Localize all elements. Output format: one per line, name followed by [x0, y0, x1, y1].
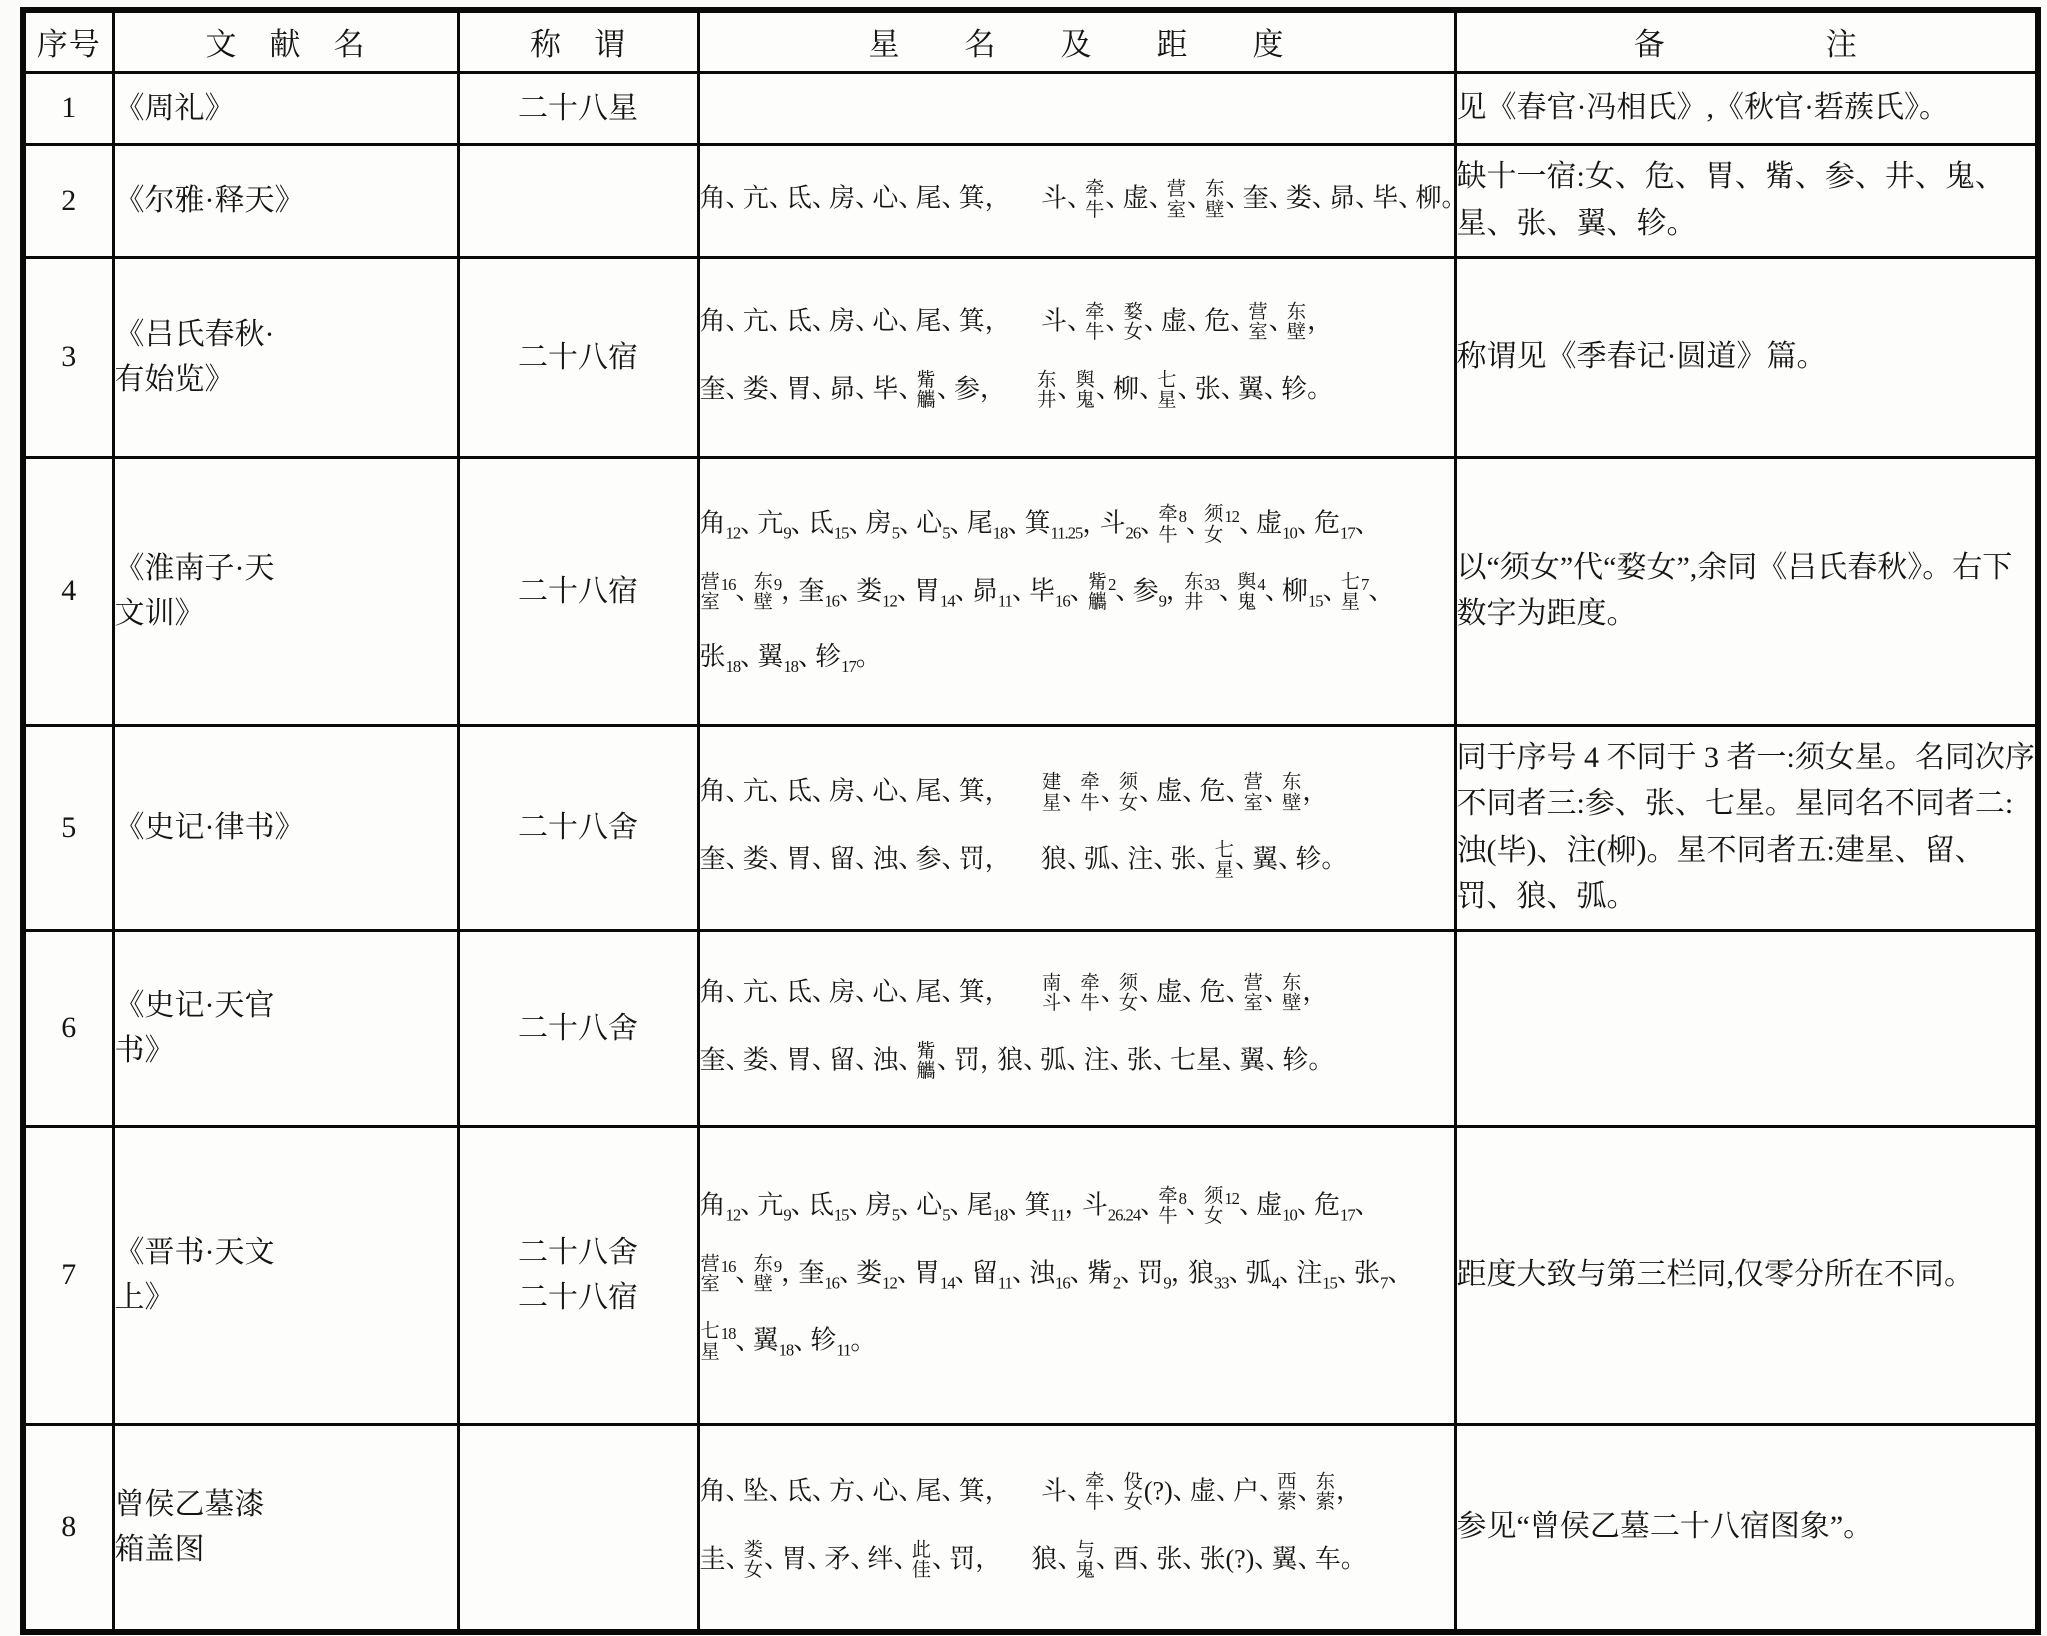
serial-number-cell: 1: [23, 72, 113, 144]
stacked-star-name: 七星: [1157, 371, 1176, 412]
distance-number: 18: [726, 657, 741, 676]
serial-number-cell: 7: [23, 1126, 113, 1424]
distance-number: 5: [942, 1205, 949, 1224]
star-line: 七星18、翼18、轸11。: [700, 1322, 1454, 1363]
distance-number: 16: [721, 1257, 736, 1276]
distance-number: 12: [726, 524, 741, 543]
distance-number: 11: [998, 591, 1012, 610]
title-cell: 二十八舍: [458, 930, 698, 1126]
star-lines: 角、坠、氐、方、心、尾、箕， 斗、牵牛、伇女(?)、虚、户、西萦、东萦，圭、娄女…: [700, 1473, 1454, 1582]
star-lines: 角、亢、氐、房、心、尾、箕， 建星、牵牛、须女、虚、危、营室、东壁，奎、娄、胃、…: [700, 773, 1454, 882]
distance-number: 16: [1055, 591, 1070, 610]
source-name-cell: 《史记·天官 书》: [113, 930, 458, 1126]
stacked-star-name: 西萦: [1277, 1473, 1296, 1514]
star-lines: 角12、亢9、氐15、房5、心5、尾18、箕11，斗26.24、牵牛8、须女12…: [700, 1187, 1454, 1363]
distance-number: 12: [726, 1205, 741, 1224]
stacked-star-name: 营室: [701, 573, 720, 614]
stacked-star-name: 南斗: [1042, 974, 1061, 1015]
star-line: 角、亢、氐、房、心、尾、箕， 斗、牵牛、婺女、虚、危、营室、东壁，: [700, 303, 1454, 344]
title-cell: 二十八宿: [458, 457, 698, 725]
distance-number: 18: [993, 524, 1008, 543]
star-names-cell: 角、坠、氐、方、心、尾、箕， 斗、牵牛、伇女(?)、虚、户、西萦、东萦，圭、娄女…: [698, 1424, 1455, 1632]
stacked-star-name: 牵牛: [1085, 1473, 1104, 1514]
stacked-star-name: 牵牛: [1085, 303, 1104, 344]
distance-number: 18: [783, 657, 798, 676]
header-serial: 序号: [23, 10, 113, 72]
distance-number: 12: [882, 1273, 897, 1292]
stacked-star-name: 与鬼: [1076, 1541, 1095, 1582]
star-names-cell: 角12、亢9、氐15、房5、心5、尾18、箕11.25，斗26、牵牛8、须女12…: [698, 457, 1455, 725]
distance-number: 26.24: [1108, 1205, 1140, 1224]
distance-number: 9: [783, 524, 790, 543]
stacked-star-name: 建星: [1042, 773, 1061, 814]
distance-number: 16: [721, 575, 736, 594]
distance-number: 15: [1322, 1273, 1337, 1292]
stacked-star-name: 须女: [1204, 505, 1223, 546]
header-title: 称 谓: [458, 10, 698, 72]
note-cell: 缺十一宿:女、危、胃、觜、参、井、鬼、星、张、翼、轸。: [1455, 144, 2038, 257]
distance-number: 11: [998, 1273, 1012, 1292]
distance-number: 9: [783, 1205, 790, 1224]
table-row: 8曾侯乙墓漆 箱盖图角、坠、氐、方、心、尾、箕， 斗、牵牛、伇女(?)、虚、户、…: [23, 1424, 2038, 1632]
distance-number: 12: [1224, 507, 1239, 526]
star-line: 奎、娄、胃、昴、毕、觜觿、参， 东井、舆鬼、柳、七星、张、翼、轸。: [700, 371, 1454, 412]
header-notes: 备 注: [1455, 10, 2038, 72]
table-row: 7《晋书·天文 上》二十八舍 二十八宿角12、亢9、氐15、房5、心5、尾18、…: [23, 1126, 2038, 1424]
distance-number: 14: [940, 1273, 955, 1292]
star-names-cell: 角、亢、氐、房、心、尾、箕， 斗、牵牛、婺女、虚、危、营室、东壁，奎、娄、胃、昴…: [698, 257, 1455, 457]
distance-number: 9: [1163, 1273, 1170, 1292]
stacked-star-name: 营室: [1167, 180, 1186, 221]
note-cell: 参见“曾侯乙墓二十八宿图象”。: [1455, 1424, 2038, 1632]
star-names-cell: 角、亢、氐、房、心、尾、箕， 斗、牵牛、虚、营室、东壁、奎、娄、昴、毕、柳。: [698, 144, 1455, 257]
distance-number: 18: [779, 1341, 794, 1360]
note-cell: 以“须女”代“婺女”,余同《吕氏春秋》。右下数字为距度。: [1455, 457, 2038, 725]
star-names-cell: 角、亢、氐、房、心、尾、箕， 建星、牵牛、须女、虚、危、营室、东壁，奎、娄、胃、…: [698, 725, 1455, 930]
title-cell: 二十八宿: [458, 257, 698, 457]
serial-number-cell: 3: [23, 257, 113, 457]
stacked-star-name: 伇女: [1124, 1473, 1143, 1514]
source-name-cell: 曾侯乙墓漆 箱盖图: [113, 1424, 458, 1632]
star-line: 角、亢、氐、房、心、尾、箕， 建星、牵牛、须女、虚、危、营室、东壁，: [700, 773, 1454, 814]
title-cell: 二十八舍 二十八宿: [458, 1126, 698, 1424]
distance-number: 26: [1126, 524, 1141, 543]
distance-number: 8: [1179, 1189, 1186, 1208]
stacked-star-name: 觜觿: [917, 371, 936, 412]
stacked-star-name: 牵牛: [1080, 773, 1099, 814]
note-cell: 见《春官·冯相氏》,《秋官·硩蔟氏》。: [1455, 72, 2038, 144]
star-lines: 角、亢、氐、房、心、尾、箕， 南斗、牵牛、须女、虚、危、营室、东壁，奎、娄、胃、…: [700, 974, 1454, 1083]
stacked-star-name: 营室: [1244, 974, 1263, 1015]
table-row: 3《吕氏春秋· 有始览》二十八宿角、亢、氐、房、心、尾、箕， 斗、牵牛、婺女、虚…: [23, 257, 2038, 457]
table-row: 2《尔雅·释天》角、亢、氐、房、心、尾、箕， 斗、牵牛、虚、营室、东壁、奎、娄、…: [23, 144, 2038, 257]
table-row: 5《史记·律书》二十八舍角、亢、氐、房、心、尾、箕， 建星、牵牛、须女、虚、危、…: [23, 725, 2038, 930]
stacked-star-name: 营室: [701, 1255, 720, 1296]
star-line: 圭、娄女、胃、矛、绊、此佳、罚， 狼、与鬼、酉、张、张(?)、翼、车。: [700, 1541, 1454, 1582]
distance-number: 9: [1159, 591, 1166, 610]
distance-number: 15: [1308, 591, 1323, 610]
distance-number: 5: [942, 524, 949, 543]
stacked-star-name: 牵牛: [1085, 180, 1104, 221]
stacked-star-name: 东壁: [754, 1255, 773, 1296]
note-cell: 同于序号 4 不同于 3 者一:须女星。名同次序不同者三:参、张、七星。星同名不…: [1455, 725, 2038, 930]
star-lines: 角12、亢9、氐15、房5、心5、尾18、箕11.25，斗26、牵牛8、须女12…: [700, 505, 1454, 676]
stacked-star-name: 娄女: [744, 1541, 763, 1582]
note-cell: 距度大致与第三栏同,仅零分所在不同。: [1455, 1126, 2038, 1424]
stacked-star-name: 牵牛: [1080, 974, 1099, 1015]
stacked-star-name: 七星: [701, 1322, 720, 1363]
star-line: 角12、亢9、氐15、房5、心5、尾18、箕11，斗26.24、牵牛8、须女12…: [700, 1187, 1454, 1228]
star-line: 营室16、东壁9，奎16、娄12、胃14、昴11、毕16、觜觿2、参9，东井33…: [700, 573, 1454, 614]
stacked-star-name: 此佳: [912, 1541, 931, 1582]
stacked-star-name: 婺女: [1124, 303, 1143, 344]
source-name-cell: 《晋书·天文 上》: [113, 1126, 458, 1424]
serial-number-cell: 8: [23, 1424, 113, 1632]
table-row: 6《史记·天官 书》二十八舍角、亢、氐、房、心、尾、箕， 南斗、牵牛、须女、虚、…: [23, 930, 2038, 1126]
stacked-star-name: 七星: [1341, 573, 1360, 614]
stacked-star-name: 牵牛: [1158, 1187, 1177, 1228]
stacked-star-name: 东壁: [1282, 773, 1301, 814]
source-name-cell: 《周礼》: [113, 72, 458, 144]
distance-number: 14: [940, 591, 955, 610]
note-cell: [1455, 930, 2038, 1126]
source-name-cell: 《尔雅·释天》: [113, 144, 458, 257]
stacked-star-name: 东壁: [1282, 974, 1301, 1015]
distance-number: 10: [1282, 1205, 1297, 1224]
distance-number: 12: [882, 591, 897, 610]
note-cell: 称谓见《季春记·圆道》篇。: [1455, 257, 2038, 457]
star-line: 奎、娄、胃、留、浊、参、罚， 狼、弧、注、张、七星、翼、轸。: [700, 841, 1454, 882]
title-cell: 二十八星: [458, 72, 698, 144]
stacked-star-name: 东萦: [1316, 1473, 1335, 1514]
stacked-star-name: 须女: [1119, 773, 1138, 814]
header-row: 序号 文 献 名 称 谓 星 名 及 距 度 备 注: [23, 10, 2038, 72]
serial-number-cell: 5: [23, 725, 113, 930]
scanned-page: 序号 文 献 名 称 谓 星 名 及 距 度 备 注 1《周礼》二十八星见《春官…: [0, 0, 2047, 1636]
distance-number: 11.25: [1051, 524, 1083, 543]
distance-number: 33: [1214, 1273, 1229, 1292]
star-line: 营室16、东壁9，奎16、娄12、胃14、留11、浊16、觜2、罚9，狼33、弧…: [700, 1255, 1454, 1296]
star-line: 奎、娄、胃、留、浊、觜觿、罚，狼、弧、注、张、七星、翼、轸。: [700, 1042, 1454, 1083]
table-row: 1《周礼》二十八星见《春官·冯相氏》,《秋官·硩蔟氏》。: [23, 72, 2038, 144]
star-names-cell: [698, 72, 1455, 144]
stacked-star-name: 觜觿: [1088, 573, 1107, 614]
distance-number: 18: [993, 1205, 1008, 1224]
table-header: 序号 文 献 名 称 谓 星 名 及 距 度 备 注: [23, 10, 2038, 72]
distance-number: 17: [841, 657, 856, 676]
stacked-star-name: 东壁: [1205, 180, 1224, 221]
star-line: 角、亢、氐、房、心、尾、箕， 斗、牵牛、虚、营室、东壁、奎、娄、昴、毕、柳。: [700, 180, 1454, 221]
distance-number: 11: [1051, 1205, 1065, 1224]
distance-number: 4: [1272, 1273, 1279, 1292]
distance-number: 18: [721, 1325, 736, 1344]
distance-number: 10: [1282, 524, 1297, 543]
table-row: 4《淮南子·天 文训》二十八宿角12、亢9、氐15、房5、心5、尾18、箕11.…: [23, 457, 2038, 725]
distance-number: 33: [1204, 575, 1219, 594]
star-line: 张18、翼18、轸17。: [700, 641, 1454, 677]
stacked-star-name: 东井: [1037, 371, 1056, 412]
distance-number: 16: [1055, 1273, 1070, 1292]
title-cell: [458, 1424, 698, 1632]
header-star-names: 星 名 及 距 度: [698, 10, 1455, 72]
table-body: 1《周礼》二十八星见《春官·冯相氏》,《秋官·硩蔟氏》。2《尔雅·释天》角、亢、…: [23, 72, 2038, 1632]
source-name-cell: 《淮南子·天 文训》: [113, 457, 458, 725]
distance-number: 4: [1257, 575, 1264, 594]
star-line: 角12、亢9、氐15、房5、心5、尾18、箕11.25，斗26、牵牛8、须女12…: [700, 505, 1454, 546]
distance-number: 15: [834, 1205, 849, 1224]
serial-number-cell: 6: [23, 930, 113, 1126]
source-name-cell: 《史记·律书》: [113, 725, 458, 930]
distance-number: 5: [892, 1205, 899, 1224]
serial-number-cell: 4: [23, 457, 113, 725]
stacked-star-name: 须女: [1119, 974, 1138, 1015]
distance-number: 8: [1179, 507, 1186, 526]
stacked-star-name: 东壁: [1287, 303, 1306, 344]
stacked-star-name: 东壁: [754, 573, 773, 614]
star-names-cell: 角12、亢9、氐15、房5、心5、尾18、箕11，斗26.24、牵牛8、须女12…: [698, 1126, 1455, 1424]
distance-number: 11: [836, 1341, 850, 1360]
star-line: 角、亢、氐、房、心、尾、箕， 南斗、牵牛、须女、虚、危、营室、东壁，: [700, 974, 1454, 1015]
stacked-star-name: 营室: [1244, 773, 1263, 814]
stacked-star-name: 七星: [1215, 841, 1234, 882]
stacked-star-name: 牵牛: [1158, 505, 1177, 546]
distance-number: 5: [892, 524, 899, 543]
stacked-star-name: 舆鬼: [1076, 371, 1095, 412]
distance-number: 15: [834, 524, 849, 543]
source-name-cell: 《吕氏春秋· 有始览》: [113, 257, 458, 457]
star-line: 角、坠、氐、方、心、尾、箕， 斗、牵牛、伇女(?)、虚、户、西萦、东萦，: [700, 1473, 1454, 1514]
title-cell: 二十八舍: [458, 725, 698, 930]
star-lines: 角、亢、氐、房、心、尾、箕， 斗、牵牛、虚、营室、东壁、奎、娄、昴、毕、柳。: [700, 180, 1454, 221]
distance-number: 17: [1340, 524, 1355, 543]
header-source: 文 献 名: [113, 10, 458, 72]
star-lines: 角、亢、氐、房、心、尾、箕， 斗、牵牛、婺女、虚、危、营室、东壁，奎、娄、胃、昴…: [700, 303, 1454, 412]
lunar-mansions-table: 序号 文 献 名 称 谓 星 名 及 距 度 备 注 1《周礼》二十八星见《春官…: [20, 7, 2041, 1635]
title-cell: [458, 144, 698, 257]
distance-number: 16: [824, 591, 839, 610]
stacked-star-name: 舆鬼: [1237, 573, 1256, 614]
star-names-cell: 角、亢、氐、房、心、尾、箕， 南斗、牵牛、须女、虚、危、营室、东壁，奎、娄、胃、…: [698, 930, 1455, 1126]
distance-number: 12: [1224, 1189, 1239, 1208]
stacked-star-name: 营室: [1248, 303, 1267, 344]
distance-number: 17: [1340, 1205, 1355, 1224]
serial-number-cell: 2: [23, 144, 113, 257]
stacked-star-name: 觜觿: [917, 1042, 936, 1083]
stacked-star-name: 东井: [1184, 573, 1203, 614]
stacked-star-name: 须女: [1204, 1187, 1223, 1228]
distance-number: 16: [824, 1273, 839, 1292]
